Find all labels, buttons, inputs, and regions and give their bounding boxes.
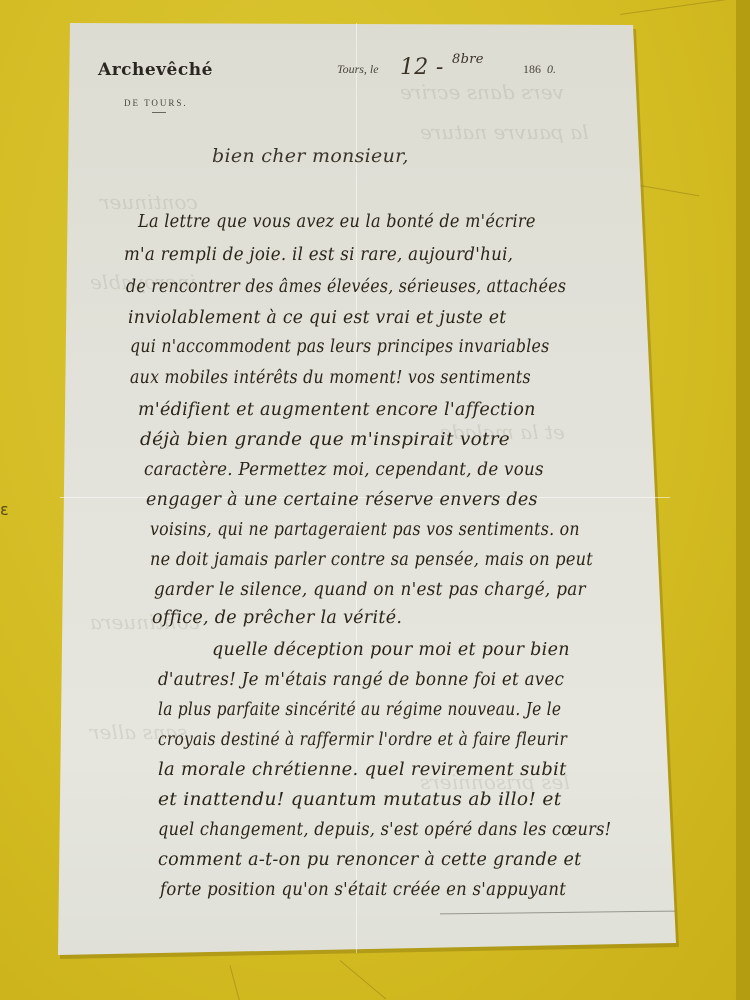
body-line: comment a-t-on pu renoncer à cette grand… bbox=[158, 850, 581, 870]
body-line: La lettre que vous avez eu la bonté de m… bbox=[138, 212, 536, 232]
body-line: d'autres! Je m'étais rangé de bonne foi … bbox=[158, 670, 564, 690]
letterhead-subtitle: DE TOURS. bbox=[124, 98, 188, 108]
body-line: m'édifient et augmentent encore l'affect… bbox=[138, 400, 536, 420]
body-line: voisins, qui ne partageraient pas vos se… bbox=[150, 520, 580, 540]
dateline-place: Tours, le bbox=[337, 62, 379, 77]
body-line: la morale chrétienne. quel revirement su… bbox=[158, 760, 567, 780]
body-line: m'a rempli de joie. il est si rare, aujo… bbox=[124, 245, 513, 265]
body-line: office, de prêcher la vérité. bbox=[152, 608, 402, 628]
margin-pencil-mark: ε bbox=[0, 500, 9, 519]
body-line: la plus parfaite sincérité au régime nou… bbox=[158, 700, 561, 720]
body-line: ne doit jamais parler contre sa pensée, … bbox=[150, 550, 593, 570]
body-line: de rencontrer des âmes élevées, sérieuse… bbox=[126, 277, 566, 297]
letterhead-ornament bbox=[152, 112, 166, 113]
body-line: caractère. Permettez moi, cependant, de … bbox=[144, 460, 544, 480]
dateline-year-suffix: 0. bbox=[547, 62, 556, 77]
dateline-month: 8bre bbox=[452, 52, 484, 67]
body-line: déjà bien grande que m'inspirait votre bbox=[140, 430, 510, 450]
underlined-phrase-marker: quantum mutatus ab illo! bbox=[330, 790, 575, 810]
body-line: garder le silence, quand on n'est pas ch… bbox=[154, 580, 586, 600]
body-line: quelle déception pour moi et pour bien bbox=[212, 640, 570, 660]
dateline-day: 12 - bbox=[400, 55, 444, 80]
letterhead-title: Archevêché bbox=[98, 60, 213, 80]
body-line: croyais destiné à raffermir l'ordre et à… bbox=[158, 730, 567, 750]
dateline-year: 186 bbox=[523, 62, 541, 77]
body-line: inviolablement à ce qui est vrai et just… bbox=[128, 308, 506, 328]
body-line: aux mobiles intérêts du moment! vos sent… bbox=[130, 368, 531, 388]
salutation: bien cher monsieur, bbox=[212, 145, 409, 167]
body-line: forte position qu'on s'était créée en s'… bbox=[160, 880, 566, 900]
body-line: qui n'accommodent pas leurs principes in… bbox=[130, 337, 549, 357]
body-line: engager à une certaine réserve envers de… bbox=[146, 490, 538, 510]
body-line: quel changement, depuis, s'est opéré dan… bbox=[158, 820, 611, 840]
background-edge-strip bbox=[736, 0, 750, 1000]
